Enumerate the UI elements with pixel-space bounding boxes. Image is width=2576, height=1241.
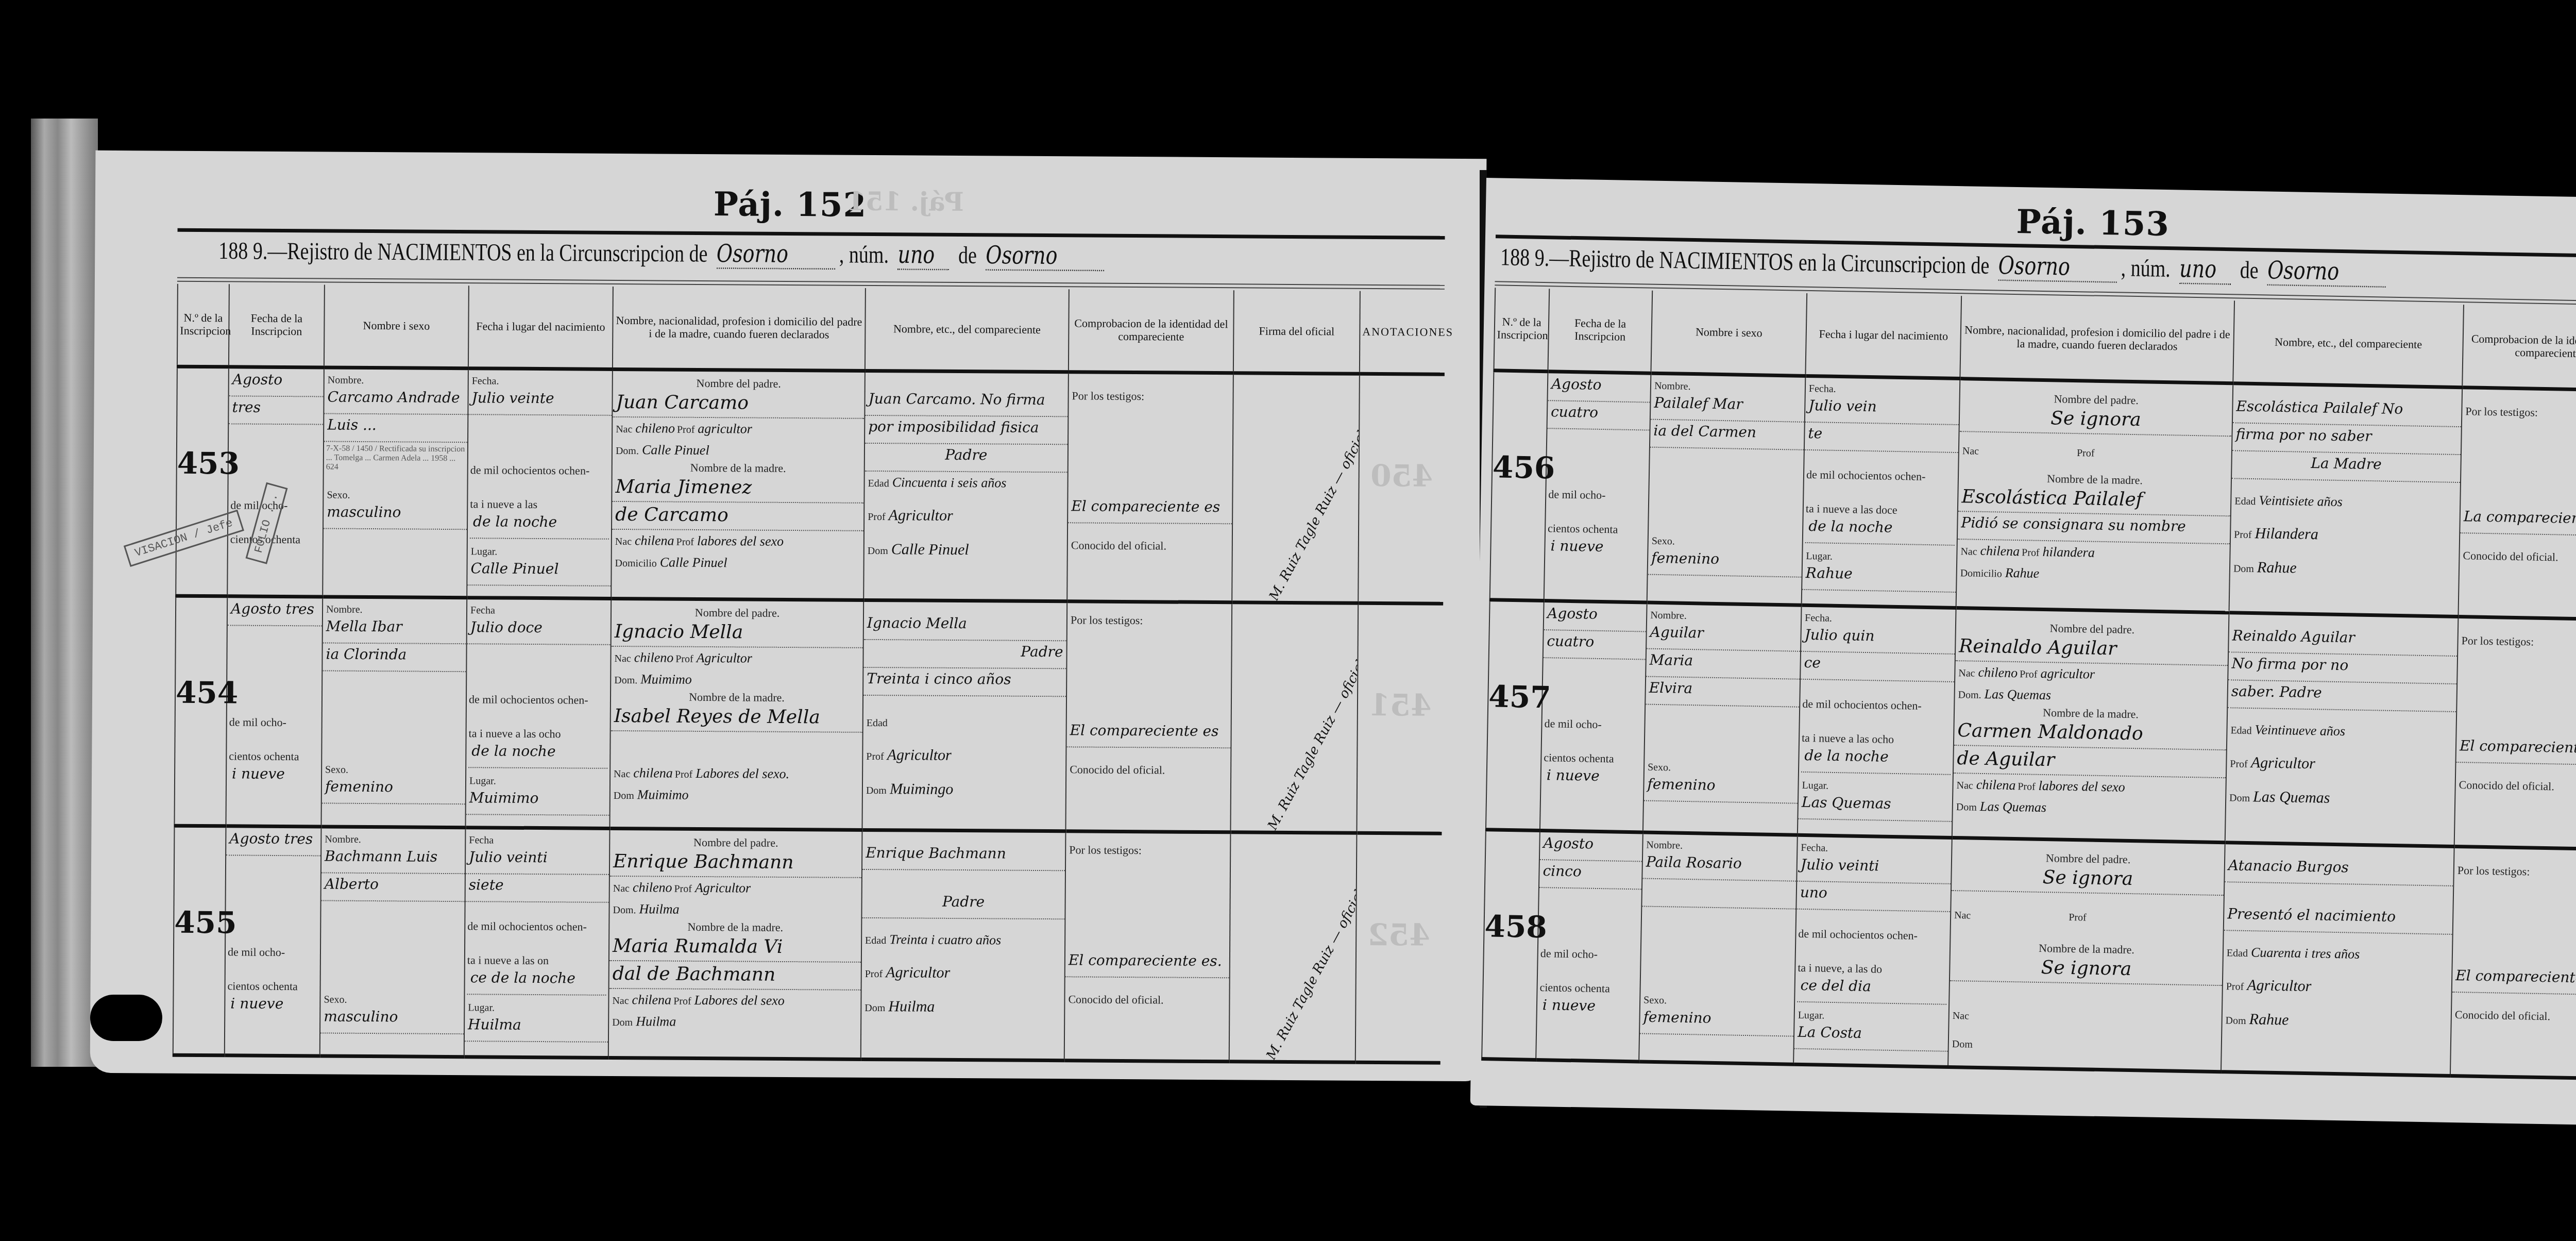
ghost-entry-number: 451 [1358,687,1443,723]
birth-date: te [1805,422,1959,452]
father-nationality: chileno [634,650,674,665]
sexo-label: Sexo. [1645,705,1675,774]
father-profession: Agricultor [697,650,753,666]
father-profession: agricultor [698,421,752,436]
father-profession: Agricultor [695,880,751,895]
birth-time: de la noche [470,511,609,540]
declarant-domicile: Muimingo [890,780,954,798]
prof-label: Prof [2020,668,2038,681]
padre-label: Nombre del padre. [612,600,863,620]
declarant-profession: Agricultor [2247,977,2312,995]
padre-label: Nombre del padre. [610,830,861,850]
mother-domicile: Huilma [636,1014,676,1029]
register-table: N.º de la Inscripcion Fecha de la Inscri… [1481,288,2576,1083]
printed-date-text: ta i nueve a las doce [1806,501,1955,517]
entry-number: 453 [177,445,228,481]
entry-number: 454 [176,675,226,711]
col-header-firma: Firma del oficial [1233,290,1360,373]
fecha-inscripcion: cuatro [1544,630,1646,660]
prof-label: Prof [2234,529,2252,541]
conocido-label: Conocido del oficial. [2460,533,2576,565]
identity-verification: El compareciente es [2456,735,2576,766]
father-name: Se ignora [1952,863,2224,895]
mother-profession: labores del sexo [2039,778,2125,795]
dom-label: Dom [1952,1038,1973,1051]
dom-label: Dom. [1958,689,1981,701]
dom-label: Dom [865,1002,885,1014]
header-title: —Rejistro de NACIMIENTOS en la Circunscr… [267,238,707,267]
printed-year-text: cientos ochenta [1548,522,1646,536]
dom-label: Domicilio [1960,567,2002,580]
register-table: N.º de la Inscripcion Fecha de la Inscri… [173,284,1445,1065]
mother-name: Se ignora [1950,953,2223,985]
page-number: Páj. 153 [2016,203,2170,244]
header-circunscripcion: Osorno [1998,251,2117,283]
header-department: Osorno [986,241,1104,271]
edad-label: Edad [867,717,888,729]
father-name: Juan Carcamo [613,389,864,418]
printed-date-text: de mil ochocientos ochen- [469,693,608,707]
fecha-inscripcion: cinco [1539,860,1642,890]
father-nationality: chileno [633,880,672,895]
nac-label: Nac [1958,667,1975,680]
declarant-profession: Agricultor [2251,754,2316,772]
dom-label: Domicilio [615,557,657,569]
prof-label: Prof [675,769,693,781]
conocido-label: Conocido del oficial. [1065,977,1229,1007]
child-name: Paila Rosario [1642,851,1797,881]
declarant-name: Atanacio Burgos [2225,854,2453,886]
declarant-note: Presentó el nacimiento [2224,903,2453,935]
mother-name: Isabel Reyes de Mella [611,703,862,733]
dom-label: Dom [1956,801,1977,814]
header-num-label: , núm. [2121,255,2171,282]
birth-date: siete [466,874,609,903]
father-nationality: chileno [1978,665,2018,680]
header-title: —Rejistro de NACIMIENTOS en la Circunscr… [1549,245,1990,279]
identity-verification: El compareciente es. [2452,964,2576,995]
declarant-age: Veintinueve años [2255,722,2345,739]
printed-date-text: ta i nueve a las ocho [469,727,608,741]
prof-label: Prof [865,968,883,980]
col-header-fecha-lugar: Fecha i lugar del nacimiento [1805,293,1961,378]
printed-year-text: cientos ochenta [229,749,319,763]
register-entry: 456 Agosto cuatro de mil ocho- cientos o… [1490,370,2576,622]
fecha-inscripcion: Agosto tres [228,598,322,626]
dom-label: Dom. [613,904,636,916]
marginal-note: 7-X-58 / 1450 / Rectificada su inscripci… [324,442,467,475]
sexo-label: Sexo. [320,901,350,1005]
birth-date: Julio veinti [466,846,609,875]
mother-domicile: Calle Pinuel [660,555,727,570]
nac-label: Nac [614,768,630,780]
header-year: 188 9. [1500,244,1550,272]
col-header-numero: N.º de la Inscripcion [177,284,229,367]
sexo-label: Sexo. [324,474,353,501]
col-header-comprobacion: Comprobacion de la identidad del compare… [1069,289,1234,373]
nombre-label: Nombre. [1651,375,1694,392]
nac-label: Nac [1954,910,1971,922]
nombre-label: Nombre. [1647,605,1690,622]
entry-number: 458 [1484,909,1538,945]
fecha-label: Fecha [467,599,498,616]
header-circunscripcion: Osorno [717,239,835,270]
edad-label: Edad [2230,725,2251,737]
col-header-nombre-sexo: Nombre i sexo [1651,291,1807,376]
father-name: Se ignora [1960,404,2232,437]
declarant-age: Treinta i cuatro años [889,932,1001,947]
mother-name: Carmen Maldonado [1954,718,2227,750]
printed-year-text: de mil ocho- [1544,717,1642,732]
printed-year-text: de mil ocho- [1548,488,1646,502]
father-nationality: chileno [635,421,675,435]
printed-date-text: ta i nueve a las on [467,953,606,968]
printed-date-text: de mil ochocientos ochen- [1798,927,1947,943]
father-name: Enrique Bachmann [610,848,861,878]
declarant-domicile: Rahue [2257,559,2297,576]
lugar-label: Lugar. [1799,775,1832,792]
prof-label: Prof [866,751,884,763]
register-entry: 458 Agosto cinco de mil ocho- cientos oc… [1482,829,2576,1081]
birth-time: de la noche [1805,515,1955,545]
col-header-comprobacion: Comprobacion de la identidad del compare… [2462,305,2576,390]
edad-label: Edad [865,934,886,946]
printed-year-text: de mil ocho- [229,715,319,729]
mother-nationality: chilena [1976,777,2016,793]
birth-place: Huilma [465,1014,608,1043]
birth-date: Julio vein [1805,394,1959,425]
nac-label: Nac [616,423,632,435]
mother-name: Escolástica Pailalef [1958,484,2231,516]
entry-number: 455 [174,904,225,940]
col-header-padres: Nombre, nacionalidad, profesion i domici… [1960,296,2234,383]
nac-label: Nac [1960,546,1977,558]
col-header-compareciente: Nombre, etc., del compareciente [2233,300,2464,387]
father-profession: agricultor [2040,666,2095,682]
col-header-anotaciones: ANOTACIONES [1360,291,1445,374]
declarant-note: firma por no saber [2232,423,2461,455]
declarant-age: Veintisiete años [2259,493,2343,509]
nac-label: Nac [1962,445,1979,458]
col-header-numero: N.º de la Inscripcion [1494,288,1549,371]
prof-label: Prof [2018,781,2036,793]
dom-label: Dom [868,545,888,557]
fecha-label: Fecha. [469,370,502,387]
declarant-domicile: Calle Pinuel [891,541,969,558]
declarant-name: Escolástica Pailalef No [2233,395,2462,427]
prof-label: Prof [2022,547,2040,559]
col-header-fecha-inscripcion: Fecha de la Inscripcion [229,284,325,367]
conocido-label: Conocido del oficial. [2452,992,2576,1024]
nac-label: Nac [614,653,631,665]
identity-verification: El compareciente es [1066,719,1230,748]
child-name: Carcamo Andrade [324,386,467,415]
madre-label: Nombre de la madre. [611,690,862,705]
father-domicile: Muimimo [640,672,692,687]
ghost-page-number: Páj. 151 [848,186,964,217]
child-name: Maria [1646,649,1800,680]
child-name: ia Clorinda [323,643,466,672]
nombre-label: Nombre. [321,828,364,846]
madre-label: Nombre de la madre. [613,460,864,475]
register-entry: 455 Agosto tres de mil ocho- cientos och… [173,826,1442,1063]
fecha-inscripcion: tres [229,396,323,425]
declarant-note: Treinta i cinco años [863,668,1066,697]
birth-date: Julio quin [1801,624,1955,655]
mother-nationality: chilena [633,765,673,780]
birth-date: Julio veinte [468,387,612,416]
child-sex: femenino [322,776,465,804]
mother-name: dal de Bachmann [609,961,861,990]
birth-place: Rahue [1802,562,1956,592]
nombre-label: Nombre. [1643,834,1686,851]
mother-domicile: Las Quemas [1980,799,2047,815]
child-name: Elvira [1646,677,1800,708]
declarant-domicile: Las Quemas [2253,788,2330,807]
lugar-label: Lugar. [1795,1004,1828,1021]
nac-label: Nac [1956,780,1973,792]
book-page-stack-edge [31,119,98,1067]
header-num-label: , núm. [839,241,889,269]
child-name: Luis ... [324,414,467,443]
dom-label: Dom. [614,675,637,686]
mother-profession: Labores del sexo. [696,766,789,781]
printed-date-text: de mil ochocientos ochen- [1806,467,1956,483]
sexo-label: Sexo. [1649,447,1680,547]
testigos-label: Por los testigos: [1066,833,1230,858]
officer-signature: M. Ruiz Tagle Ruiz — oficial del rejistr… [1265,602,1358,833]
declarant-name: Juan Carcamo. No firma [865,388,1067,416]
birth-date: Julio veinti [1797,853,1951,884]
father-domicile: Huilma [639,901,679,916]
col-header-fecha-inscripcion: Fecha de la Inscripcion [1548,289,1652,373]
mother-domicile: Rahue [2005,565,2040,580]
edad-label: Edad [868,477,889,489]
child-sex: femenino [1640,1006,1794,1036]
declarant-profession: Agricultor [886,964,950,981]
left-page: Páj. 152 Páj. 151 188 9.—Rejistro de NAC… [90,150,1487,1081]
printed-year-text: cientos ochenta [230,532,320,546]
declarant-relation: Padre [863,640,1066,669]
declarant-profession: Agricultor [889,507,953,524]
register-entry: 454 Agosto tres de mil ocho- cientos och… [174,596,1443,833]
officer-signature: M. Ruiz Tagle Ruiz — oficial del rejistr… [1266,373,1360,603]
prof-label: Prof [868,511,886,523]
mother-nationality: chilena [632,992,672,1007]
header-num-value: uno [897,240,949,270]
prof-label: Prof [673,995,691,1007]
child-name: Pailalef Mar [1651,392,1805,422]
fecha-inscripcion: Agosto [1548,373,1650,403]
testigos-label: Por los testigos: [2458,618,2576,650]
mother-note: Pidió se consignara su nombre [1958,512,2230,544]
declarant-relation: Padre [862,890,1064,919]
sexo-label: Sexo. [1640,907,1671,1007]
register-entry: 453 Agosto tres de mil ocho- cientos och… [176,366,1445,604]
printed-date-text: de mil ochocientos ochen- [470,463,609,478]
birth-date: uno [1797,881,1951,912]
declarant-domicile: Rahue [2249,1011,2289,1028]
register-header: 188 9.—Rejistro de NACIMIENTOS en la Cir… [218,236,1108,271]
nac-label: Nac [1953,1010,1970,1022]
declarant-note: por imposibilidad fisica [865,415,1067,444]
prof-label: Prof [676,536,694,548]
fecha-inscripcion: Agosto [229,368,324,397]
lugar-label: Lugar. [465,997,498,1014]
ghost-entry-number: 450 [1359,458,1444,493]
fecha-label: Fecha. [1806,377,1839,395]
nac-label: Nac [613,882,630,894]
nombre-label: Nombre. [323,598,366,616]
madre-label: Nombre de la madre. [609,919,861,934]
declarant-name: Ignacio Mella [864,612,1066,641]
printed-date-text: ta i nueve a las ocho [1802,731,1951,747]
birth-time: de la noche [1801,745,1951,775]
birth-time: ce de la noche [467,967,606,996]
birth-place: La Costa [1794,1021,1948,1051]
right-page: Páj. 153 188 9.—Rejistro de NACIMIENTOS … [1470,178,2576,1129]
printed-date-text: de mil ochocientos ochen- [467,919,606,934]
register-entry: 457 Agosto cuatro de mil ocho- cientos o… [1486,600,2576,852]
printed-date-text: de mil ochocientos ochen- [1802,697,1952,713]
prof-label: Prof [2077,447,2095,460]
header-de-label: de [958,242,977,270]
declarant-name: Reinaldo Aguilar [2229,625,2458,657]
mother-name: de Carcamo [612,501,863,531]
fecha-label: Fecha. [1802,607,1835,625]
header-de-label: de [2240,257,2259,284]
child-name: Bachmann Luis [321,845,465,874]
page-number: Páj. 152 [714,185,867,225]
mother-nationality: chilena [635,533,674,548]
child-name: Aguilar [1647,622,1801,652]
printed-date-text: ta i nueve, a las do [1798,961,1947,977]
identity-verification: El compareciente es [1068,495,1232,524]
printed-year-text: i nueve [229,763,319,790]
mother-profession: labores del sexo [697,533,784,548]
birth-time: ce del dia [1797,974,1947,1004]
father-name: Reinaldo Aguilar [1956,633,2228,666]
fecha-inscripcion: Agosto tres [226,828,320,856]
fecha-inscripcion: Agosto [1544,602,1647,632]
padre-label: Nombre del padre. [613,371,865,391]
printed-year-text: cientos ochenta [1539,981,1637,996]
printed-year-text: de mil ocho- [228,945,318,959]
printed-year-text: i nueve [1543,764,1641,793]
dom-label: Dom [614,790,634,802]
printed-year-text: i nueve [227,993,317,1020]
child-sex: masculino [324,501,467,530]
sexo-label: Sexo. [322,671,352,776]
fecha-inscripcion: cuatro [1548,401,1650,430]
col-header-nombre-sexo: Nombre i sexo [324,284,469,368]
binder-clip [90,995,162,1041]
printed-year-text: i nueve [1547,535,1646,563]
prof-label: Prof [2226,981,2244,993]
prof-label: Prof [2069,911,2087,924]
identity-verification: La compareciente es [2460,506,2576,536]
printed-year-text: de mil ocho- [1540,947,1638,962]
birth-place: Las Quemas [1798,792,1952,822]
printed-year-text: cientos ochenta [228,979,318,993]
fecha-label: Fecha. [1798,836,1831,854]
birth-date: Julio doce [467,616,611,645]
mother-profession: hilandera [2042,544,2095,560]
edad-label: Edad [2227,947,2248,960]
declarant-relation: La Madre [2232,451,2461,483]
child-sex: femenino [1644,774,1798,804]
identity-verification: El compareciente es. [1065,949,1229,978]
child-sex: masculino [320,1005,464,1034]
declarant-age: Cuarenta i tres años [2251,945,2360,962]
child-sex: femenino [1648,547,1802,577]
father-domicile: Las Quemas [1984,686,2051,702]
declarant-age: Cincuenta i seis años [892,475,1007,490]
conocido-label: Conocido del oficial. [1068,523,1232,553]
entry-number: 456 [1493,449,1546,485]
lugar-label: Lugar. [468,541,501,558]
lugar-label: Lugar. [1803,545,1836,562]
mother-name: de Aguilar [1954,746,2226,778]
testigos-label: Por los testigos: [1067,603,1231,628]
testigos-label: Por los testigos: [2462,389,2576,421]
prof-label: Prof [677,424,695,435]
testigos-label: Por los testigos: [1069,374,1233,404]
declarant-profession: Agricultor [887,746,952,764]
mother-name: Maria Jimenez [612,474,863,503]
child-name: ia del Carmen [1650,420,1804,450]
mother-name: Maria Rumalda Vi [609,933,861,962]
declarant-domicile: Huilma [888,998,935,1015]
lugar-label: Lugar. [466,770,499,787]
mother-domicile: Muimimo [637,787,689,802]
mother-nationality: chilena [1980,543,2020,558]
header-year: 188 9. [218,238,267,265]
header-num-value: uno [2179,255,2231,285]
col-header-compareciente: Nombre, etc., del compareciente [865,288,1069,372]
nac-label: Nac [615,535,632,547]
declarant-profession: Hilandera [2255,525,2318,543]
birth-time: de la noche [468,740,607,769]
birth-date: ce [1801,652,1955,682]
prof-label: Prof [2230,758,2248,770]
child-name: Mella Ibar [323,615,466,644]
child-name [1642,879,1796,909]
conocido-label: Conocido del oficial. [1066,747,1230,777]
ghost-entry-number: 452 [1357,917,1441,952]
declarant-note: No firma por no [2228,652,2457,684]
birth-place: Calle Pinuel [467,558,611,586]
nac-label: Nac [612,995,629,1007]
printed-date-text: ta i nueve a las [470,497,609,512]
dom-label: Dom [2225,1015,2246,1027]
dom-label: Dom. [616,445,639,457]
testigos-label: Por los testigos: [2454,848,2576,880]
mother-profession: Labores del sexo [694,992,785,1008]
father-domicile: Calle Pinuel [642,442,709,458]
birth-place: Muimimo [466,787,609,816]
fecha-label: Fecha [466,829,497,846]
conocido-label: Conocido del oficial. [2456,763,2576,795]
printed-year-text: i nueve [1539,994,1637,1022]
prof-label: Prof [674,883,692,895]
fecha-inscripcion: Agosto [1540,832,1642,862]
declarant-relation: Padre [865,443,1067,472]
dom-label: Dom [2229,792,2250,804]
dom-label: Dom [2233,563,2254,575]
dom-label: Dom [612,1016,633,1028]
prof-label: Prof [675,653,693,665]
